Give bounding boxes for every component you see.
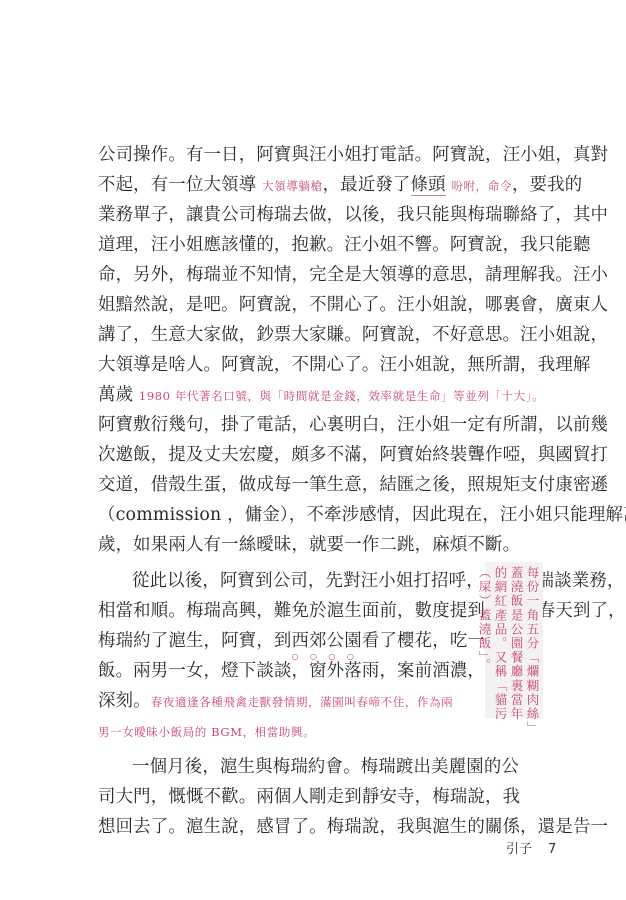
text-line: 萬歲 1980 年代著名口號，與「時間就是金錢，效率就是生命」等並列「十大」。	[98, 380, 544, 410]
emphasized-text: 西郊公園	[292, 631, 362, 651]
book-page: 公司操作。有一日，阿寶與汪小姐打電話。阿寶說，汪小姐，真對 不起，有一位大領導 …	[0, 0, 626, 900]
sidebar-column: 每份一角五分「爛糊肉絲」	[524, 566, 540, 714]
page-footer: 引子7	[506, 838, 556, 857]
text-line: 司大門，慨慨不歡。兩個人剛走到靜安寺，梅瑞說，我	[98, 782, 442, 812]
text-line: 次邀飯，提及丈夫宏慶，頗多不滿，阿寶始終裝聾作啞，與國貿打	[98, 440, 531, 470]
text-segment: ，最近發了	[323, 175, 411, 195]
text-line: 深刻。春夜適逢各種飛禽走獸發情期，滿園叫春啼不住，作為兩	[98, 686, 442, 716]
text-line: 姐黯然說，是吧。阿寶說，不開心了。汪小姐說，哪裏會，廣東人	[98, 290, 531, 320]
emphasized-term: 西郊公園○○○○	[292, 631, 362, 651]
text-segment: 深刻。	[98, 691, 151, 711]
sidebar-column: （屎）蓋澆飯」。	[476, 566, 492, 714]
text-line: 交道，借殼生蛋，做成每一筆生意，結匯之後，照規矩支付康密遜	[98, 470, 531, 500]
text-line: 梅瑞約了滬生，阿寶，到西郊公園○○○○看了櫻花，吃一頓夜	[98, 626, 442, 656]
sidebar-column: 的網紅產品。又稱「貓污	[492, 566, 508, 714]
page-number: 7	[548, 842, 556, 857]
text-segment: 萬歲	[98, 385, 133, 405]
chapter-title: 引子	[506, 842, 532, 857]
text-line: 道理，汪小姐應該懂的，抱歉。汪小姐不響。阿寶說，我只能聽	[98, 230, 531, 260]
paragraph-start-line: 一個月後，滬生與梅瑞約會。梅瑞踱出美麗園的公	[98, 752, 442, 782]
text-line: 飯。兩男一女，燈下談談，窗外落雨，案前酒濃，印象	[98, 656, 442, 686]
text-line: 不起，有一位大領導 大領導躺槍，最近發了條頭 吩咐，命令，要我的	[98, 170, 531, 200]
sidebar-annotation: 每份一角五分「爛糊肉絲」 蓋澆飯是公園餐廳裏當年 的網紅產品。又稱「貓污 （屎）…	[485, 562, 543, 718]
text-segment: 梅瑞約了滬生，阿寶，到	[98, 631, 292, 651]
annotation-line: 男一女曖昧小飯局的 BGM，相當助興。	[98, 716, 315, 746]
sidebar-column: 蓋澆飯是公園餐廳裏當年	[508, 566, 524, 714]
annotation-note: 1980 年代著名口號，與「時間就是金錢，效率就是生命」等並列「十大」。	[139, 389, 544, 403]
annotation-note: 男一女曖昧小飯局的 BGM，相當助興。	[98, 725, 315, 739]
text-line: 講了，生意大家做，鈔票大家賺。阿寶說，不好意思。汪小姐說，	[98, 320, 531, 350]
text-line: 歲，如果兩人有一絲曖昧，就要一作二跳，麻煩不斷。	[98, 530, 520, 560]
text-line: 阿寶敷衍幾句，掛了電話，心裏明白，汪小姐一定有所謂，以前幾	[98, 410, 531, 440]
text-line: 大領導是啥人。阿寶說，不開心了。汪小姐說，無所謂，我理解	[98, 350, 531, 380]
text-line: （commission ，傭金），不牽涉感情，因此現在，汪小姐只能理解萬	[98, 500, 531, 530]
annotation-note: 春夜適逢各種飛禽走獸發情期，滿園叫春啼不住，作為兩	[151, 695, 454, 709]
annotation-note: 大領導躺槍	[262, 179, 323, 193]
text-line: 業務單子，讓貴公司梅瑞去做，以後，我只能與梅瑞聯絡了，其中	[98, 200, 531, 230]
paragraph-start-line: 從此以後，阿寶到公司，先對汪小姐打招呼，再與梅瑞談業務，	[98, 566, 531, 596]
underlined-term: 條頭	[411, 175, 446, 196]
text-line: 公司操作。有一日，阿寶與汪小姐打電話。阿寶說，汪小姐，真對	[98, 140, 531, 170]
text-line: 命，另外，梅瑞並不知情，完全是大領導的意思，請理解我。汪小	[98, 260, 531, 290]
text-line: 相當和順。梅瑞高興，難免於滬生面前，數度提到阿寶。春天到了，	[98, 596, 531, 626]
text-line: 想回去了。滬生說，感冒了。梅瑞說，我與滬生的關係，還是告一	[98, 812, 531, 842]
annotation-note: 吩咐，命令	[451, 179, 512, 193]
text-segment: 不起，有一位大領導	[98, 175, 256, 195]
text-segment: ，要我的	[512, 175, 582, 195]
